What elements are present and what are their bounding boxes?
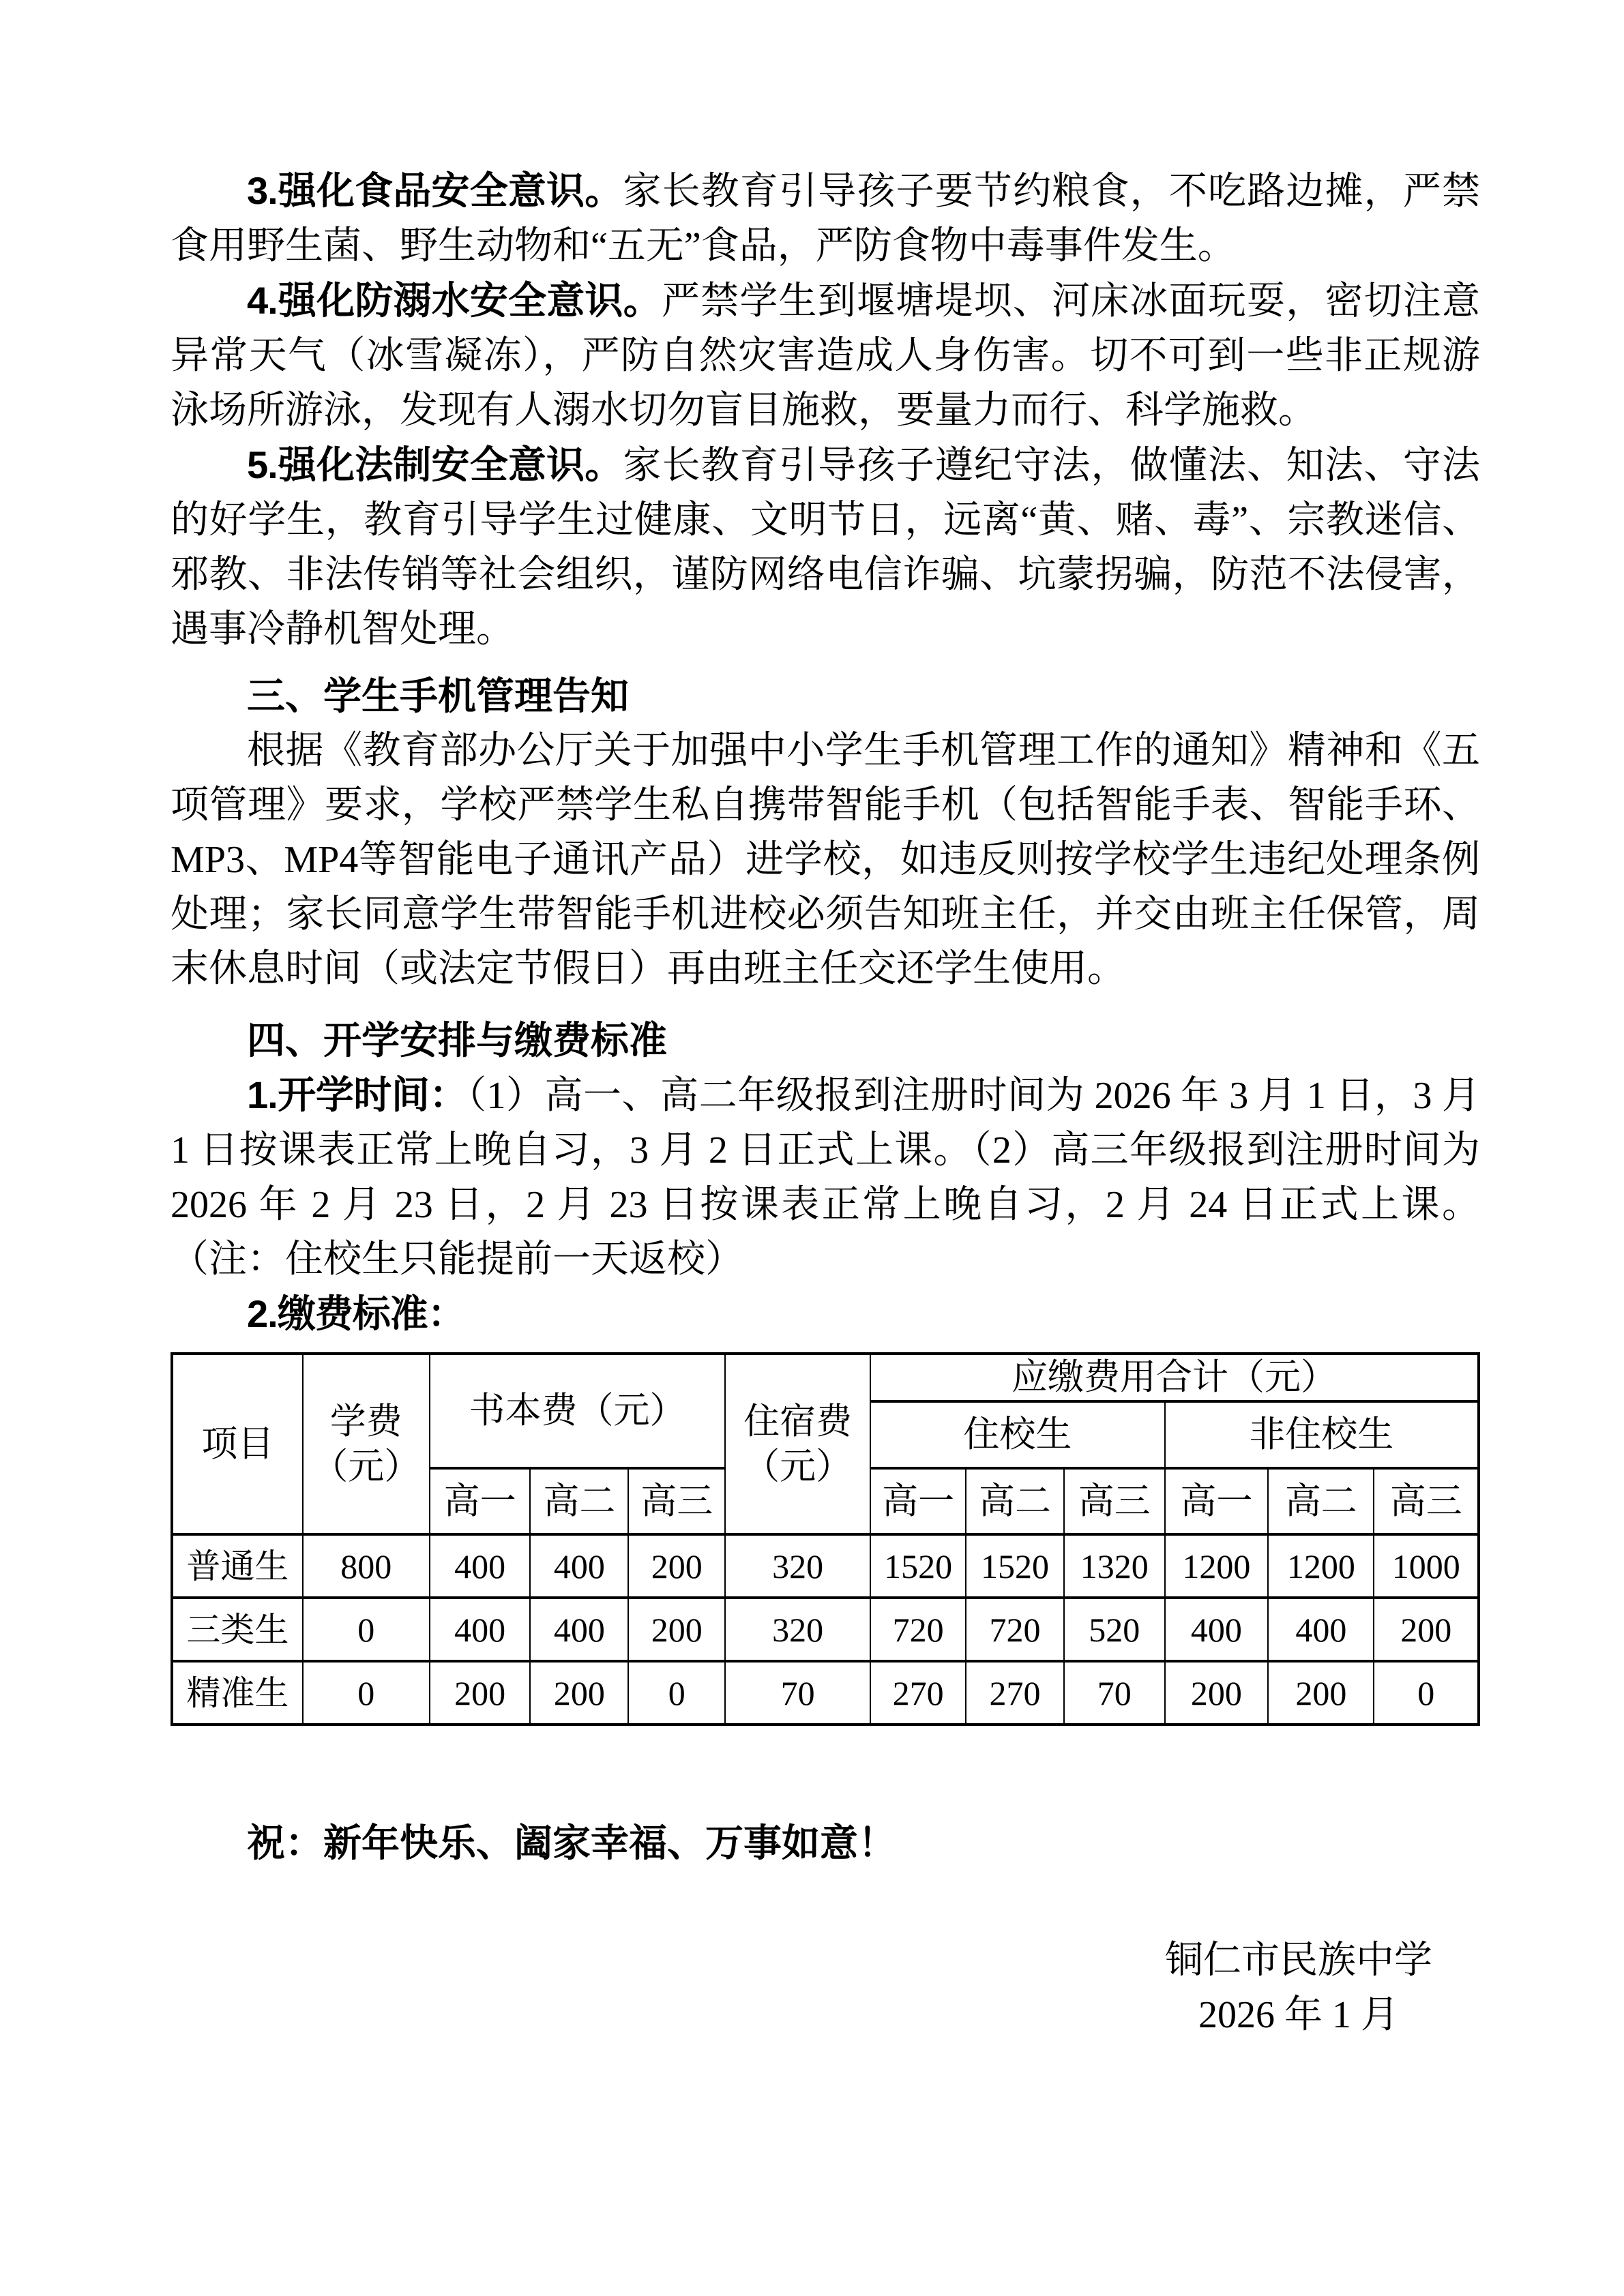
signature-inner: 铜仁市民族中学 2026 年 1 月 xyxy=(1165,1933,1432,2042)
fee-cell-textbook-g1: 400 xyxy=(430,1534,531,1598)
fee-standard-paragraph: 2.缴费标准： xyxy=(171,1287,1480,1342)
fee-table: 项目 学费 （元） 书本费（元） 住宿费 （元） 应缴费用合计（元） 住校生 非… xyxy=(171,1352,1480,1726)
fee-cell-boarder-g3: 520 xyxy=(1064,1598,1165,1661)
opening-time-paragraph: 1.开学时间：（1）高一、高二年级报到注册时间为 2026 年 3 月 1 日，… xyxy=(171,1068,1480,1287)
fee-header-item: 项目 xyxy=(172,1354,303,1534)
fee-header-boarder-grade-1: 高一 xyxy=(870,1468,966,1534)
signature-school-name: 铜仁市民族中学 xyxy=(1165,1933,1432,1988)
signature-block: 铜仁市民族中学 2026 年 1 月 xyxy=(171,1933,1480,2042)
fee-header-boarder-grade-3: 高三 xyxy=(1064,1468,1165,1534)
section-heading-opening-arrangement: 四、开学安排与缴费标准 xyxy=(171,1013,1480,1068)
fee-cell-non-boarder-g3: 1000 xyxy=(1374,1534,1479,1598)
fee-row-regular-student: 普通生 800 400 400 200 320 1520 1520 1320 1… xyxy=(172,1534,1479,1598)
fee-header-non-boarder: 非住校生 xyxy=(1165,1401,1479,1468)
fee-cell-non-boarder-g1: 1200 xyxy=(1165,1534,1269,1598)
fee-header-non-boarder-grade-1: 高一 xyxy=(1165,1468,1269,1534)
fee-cell-textbook-g2: 400 xyxy=(530,1598,628,1661)
fee-row-targeted-student: 精准生 0 200 200 0 70 270 270 70 200 200 0 xyxy=(172,1661,1479,1725)
closing-wish: 祝：新年快乐、阖家幸福、万事如意！ xyxy=(171,1816,1480,1870)
fee-cell-boarder-g2: 270 xyxy=(966,1661,1064,1725)
fee-cell-textbook-g3: 200 xyxy=(628,1598,725,1661)
fee-header-accommodation: 住宿费 （元） xyxy=(725,1354,870,1534)
fee-cell-boarder-g1: 270 xyxy=(870,1661,966,1725)
fee-header-textbook: 书本费（元） xyxy=(430,1354,725,1468)
fee-cell-textbook-g2: 400 xyxy=(530,1534,628,1598)
fee-standard-lead: 2.缴费标准： xyxy=(247,1292,465,1335)
safety-item-4-lead: 4.强化防溺水安全意识。 xyxy=(247,279,662,322)
section-heading-phone-management: 三、学生手机管理告知 xyxy=(171,669,1480,724)
fee-cell-accommodation: 320 xyxy=(725,1598,870,1661)
document-content: 3.强化食品安全意识。家长教育引导孩子要节约粮食，不吃路边摊，严禁食用野生菌、野… xyxy=(0,0,1624,2042)
fee-cell-non-boarder-g3: 0 xyxy=(1374,1661,1479,1725)
fee-cell-non-boarder-g2: 400 xyxy=(1268,1598,1374,1661)
fee-cell-non-boarder-g3: 200 xyxy=(1374,1598,1479,1661)
fee-header-tuition: 学费 （元） xyxy=(303,1354,430,1534)
fee-cell-boarder-g1: 1520 xyxy=(870,1534,966,1598)
fee-header-textbook-grade-3: 高三 xyxy=(628,1468,725,1534)
fee-header-boarder: 住校生 xyxy=(870,1401,1165,1468)
fee-header-non-boarder-grade-3: 高三 xyxy=(1374,1468,1479,1534)
fee-cell-tuition: 800 xyxy=(303,1534,430,1598)
fee-cell-non-boarder-g1: 200 xyxy=(1165,1661,1269,1725)
safety-item-3-lead: 3.强化食品安全意识。 xyxy=(247,169,623,212)
fee-cell-boarder-g1: 720 xyxy=(870,1598,966,1661)
fee-cell-textbook-g2: 200 xyxy=(530,1661,628,1725)
fee-header-textbook-grade-2: 高二 xyxy=(530,1468,628,1534)
fee-cell-tuition: 0 xyxy=(303,1598,430,1661)
fee-row-category3-student: 三类生 0 400 400 200 320 720 720 520 400 40… xyxy=(172,1598,1479,1661)
fee-cell-boarder-g3: 70 xyxy=(1064,1661,1165,1725)
safety-item-5: 5.强化法制安全意识。家长教育引导孩子遵纪守法，做懂法、知法、守法的好学生，教育… xyxy=(171,438,1480,657)
fee-table-header-row-1: 项目 学费 （元） 书本费（元） 住宿费 （元） 应缴费用合计（元） xyxy=(172,1354,1479,1401)
fee-cell-tuition: 0 xyxy=(303,1661,430,1725)
fee-cell-textbook-g3: 200 xyxy=(628,1534,725,1598)
phone-management-paragraph: 根据《教育部办公厅关于加强中小学生手机管理工作的通知》精神和《五项管理》要求，学… xyxy=(171,724,1480,996)
fee-cell-accommodation: 70 xyxy=(725,1661,870,1725)
fee-cell-accommodation: 320 xyxy=(725,1534,870,1598)
fee-cell-non-boarder-g1: 400 xyxy=(1165,1598,1269,1661)
safety-item-5-lead: 5.强化法制安全意识。 xyxy=(247,443,623,486)
signature-date: 2026 年 1 月 xyxy=(1165,1988,1432,2042)
safety-item-4: 4.强化防溺水安全意识。严禁学生到堰塘堤坝、河床冰面玩耍，密切注意异常天气（冰雪… xyxy=(171,273,1480,438)
fee-header-textbook-grade-1: 高一 xyxy=(430,1468,531,1534)
fee-cell-non-boarder-g2: 200 xyxy=(1268,1661,1374,1725)
fee-header-total: 应缴费用合计（元） xyxy=(870,1354,1479,1401)
document-page: 3.强化食品安全意识。家长教育引导孩子要节约粮食，不吃路边摊，严禁食用野生菌、野… xyxy=(0,0,1624,2296)
fee-cell-boarder-g2: 1520 xyxy=(966,1534,1064,1598)
fee-header-boarder-grade-2: 高二 xyxy=(966,1468,1064,1534)
fee-cell-non-boarder-g2: 1200 xyxy=(1268,1534,1374,1598)
fee-cell-textbook-g1: 200 xyxy=(430,1661,531,1725)
fee-row-label: 普通生 xyxy=(172,1534,303,1598)
opening-time-lead: 1.开学时间： xyxy=(247,1073,467,1116)
safety-item-3: 3.强化食品安全意识。家长教育引导孩子要节约粮食，不吃路边摊，严禁食用野生菌、野… xyxy=(171,164,1480,273)
fee-cell-boarder-g3: 1320 xyxy=(1064,1534,1165,1598)
fee-row-label: 精准生 xyxy=(172,1661,303,1725)
fee-cell-textbook-g1: 400 xyxy=(430,1598,531,1661)
fee-cell-textbook-g3: 0 xyxy=(628,1661,725,1725)
fee-header-non-boarder-grade-2: 高二 xyxy=(1268,1468,1374,1534)
fee-cell-boarder-g2: 720 xyxy=(966,1598,1064,1661)
fee-row-label: 三类生 xyxy=(172,1598,303,1661)
